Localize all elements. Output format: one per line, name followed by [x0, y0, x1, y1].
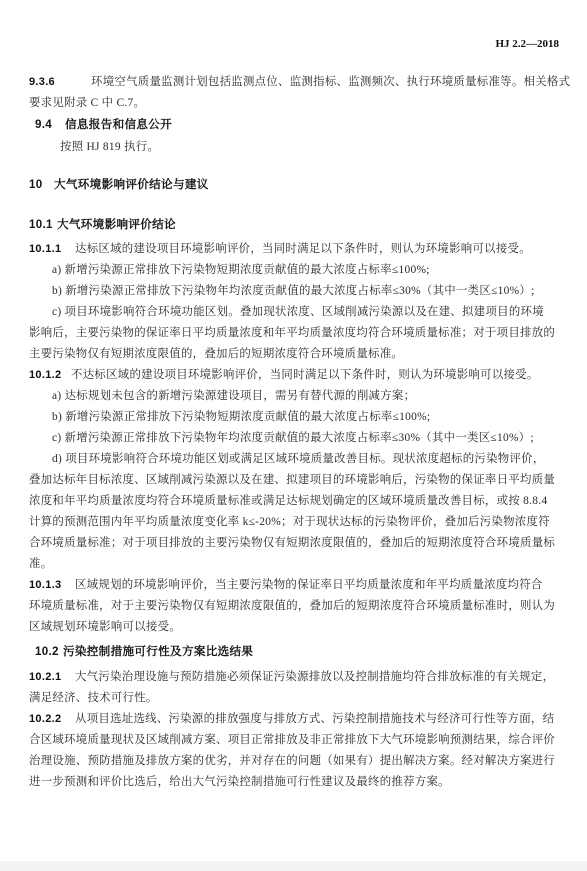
list-item-c: c) 新增污染源正常排放下污染物年均浓度贡献值的最大浓度占标率≤30%（其中一类…: [52, 429, 534, 445]
clause-10-1-1: 10.1.1达标区域的建设项目环境影响评价，当同时满足以下条件时，则认为环境影响…: [29, 240, 531, 256]
section-title: 污染控制措施可行性及方案比选结果: [63, 645, 253, 658]
chapter-title: 大气环境影响评价结论与建议: [54, 178, 209, 191]
clause-text: 区域规划的环境影响评价，当主要污染物的保证率日平均质量浓度和年平均质量浓度均符合: [75, 579, 543, 591]
clause-number: 10.2.1: [29, 671, 75, 683]
clause-text: 达标区域的建设项目环境影响评价，当同时满足以下条件时，则认为环境影响可以接受。: [75, 243, 531, 255]
chapter-heading-10: 10大气环境影响评价结论与建议: [29, 176, 209, 192]
list-item-d-cont: 准。: [29, 555, 52, 571]
clause-number: 10.1.2: [29, 369, 71, 381]
section-heading-9-4: 9.4信息报告和信息公开: [35, 116, 172, 132]
section-title: 信息报告和信息公开: [65, 118, 172, 131]
clause-number: 10.1.1: [29, 243, 75, 255]
section-title: 大气环境影响评价结论: [57, 218, 176, 231]
section-number: 9.4: [35, 118, 65, 131]
clause-9-3-6-cont: 要求见附录 C 中 C.7。: [29, 94, 145, 110]
clause-10-2-2-cont: 合区域环境质量现状及区域削减方案、项目正常排放及非正常排放下大气环境影响预测结果…: [29, 731, 555, 747]
list-item-b: b) 新增污染源正常排放下污染物短期浓度贡献值的最大浓度占标率≤100%;: [52, 408, 430, 424]
list-item-a: a) 达标规划未包含的新增污染源建设项目，需另有替代源的削减方案；: [52, 387, 415, 403]
standard-code-header: HJ 2.2—2018: [495, 38, 559, 50]
section-heading-10-1: 10.1大气环境影响评价结论: [29, 216, 176, 232]
clause-10-2-2-cont: 治理设施、预防措施及排放方案的优劣，并对存在的问题（如果有）提出解决方案。经对解…: [29, 752, 555, 768]
clause-text: 从项目选址选线、污染源的排放强度与排放方式、污染控制措施技术与经济可行性等方面，…: [75, 713, 554, 725]
clause-10-2-1-cont: 满足经济、技术可行性。: [29, 689, 158, 705]
clause-text: 大气污染治理设施与预防措施必须保证污染源排放以及控制措施均符合排放标准的有关规定…: [75, 671, 554, 683]
list-item-c-cont: 影响后，主要污染物的保证率日平均质量浓度和年平均质量浓度均符合环境质量标准；对于…: [29, 324, 555, 340]
clause-10-2-1: 10.2.1大气污染治理设施与预防措施必须保证污染源排放以及控制措施均符合排放标…: [29, 668, 554, 684]
section-number: 10.2: [35, 645, 63, 658]
clause-10-1-3: 10.1.3区域规划的环境影响评价，当主要污染物的保证率日平均质量浓度和年平均质…: [29, 576, 543, 592]
clause-9-3-6: 9.3.6环境空气质量监测计划包括监测点位、监测指标、监测频次、执行环境质量标准…: [29, 73, 570, 89]
list-item-c-cont: 主要污染物仅有短期浓度限值的，叠加后的短期浓度符合环境质量标准。: [29, 345, 403, 361]
document-page: HJ 2.2—2018 9.3.6环境空气质量监测计划包括监测点位、监测指标、监…: [0, 0, 587, 861]
clause-text: 环境空气质量监测计划包括监测点位、监测指标、监测频次、执行环境质量标准等。相关格…: [91, 76, 570, 88]
list-item-d-cont: 叠加达标年目标浓度、区域削减污染源以及在建、拟建项目的环境影响后，污染物的保证率…: [29, 471, 555, 487]
section-number: 10.1: [29, 218, 57, 231]
list-item-a: a) 新增污染源正常排放下污染物短期浓度贡献值的最大浓度占标率≤100%;: [52, 261, 430, 277]
list-item-d-cont: 合环境质量标准；对于项目排放的主要污染物仅有短期浓度限值的，叠加后的短期浓度符合…: [29, 534, 555, 550]
list-item-c: c) 项目环境影响符合环境功能区划。叠加现状浓度、区域削减污染源以及在建、拟建项…: [52, 303, 544, 319]
clause-number: 10.1.3: [29, 579, 75, 591]
clause-10-2-2: 10.2.2从项目选址选线、污染源的排放强度与排放方式、污染控制措施技术与经济可…: [29, 710, 554, 726]
clause-number: 10.2.2: [29, 713, 75, 725]
clause-10-1-2: 10.1.2不达标区域的建设项目环境影响评价，当同时满足以下条件时，则认为环境影…: [29, 366, 539, 382]
section-heading-10-2: 10.2污染控制措施可行性及方案比选结果: [35, 643, 253, 659]
clause-text: 不达标区域的建设项目环境影响评价，当同时满足以下条件时，则认为环境影响可以接受。: [71, 369, 539, 381]
list-item-d-cont: 浓度和年平均质量浓度均符合环境质量标准或满足达标规划确定的区域环境质量改善目标，…: [29, 492, 547, 508]
list-item-d-cont: 计算的预测范围内年平均质量浓度变化率 k≤-20%；对于现状达标的污染物评价，叠…: [29, 513, 550, 529]
bottom-edge: [0, 861, 587, 871]
clause-number: 9.3.6: [29, 76, 91, 88]
chapter-number: 10: [29, 178, 54, 191]
list-item-d: d) 项目环境影响符合环境功能区划或满足区域环境质量改善目标。现状浓度超标的污染…: [52, 450, 545, 466]
clause-10-2-2-cont: 进一步预测和评价比选后，给出大气污染控制措施可行性建议及最终的推荐方案。: [29, 773, 450, 789]
clause-10-1-3-cont: 区域规划环境影响可以接受。: [29, 618, 181, 634]
list-item-b: b) 新增污染源正常排放下污染物年均浓度贡献值的最大浓度占标率≤30%（其中一类…: [52, 282, 535, 298]
clause-10-1-3-cont: 环境质量标准，对于主要污染物仅有短期浓度限值的，叠加后的短期浓度符合环境质量标准…: [29, 597, 555, 613]
section-9-4-body: 按照 HJ 819 执行。: [60, 138, 159, 154]
